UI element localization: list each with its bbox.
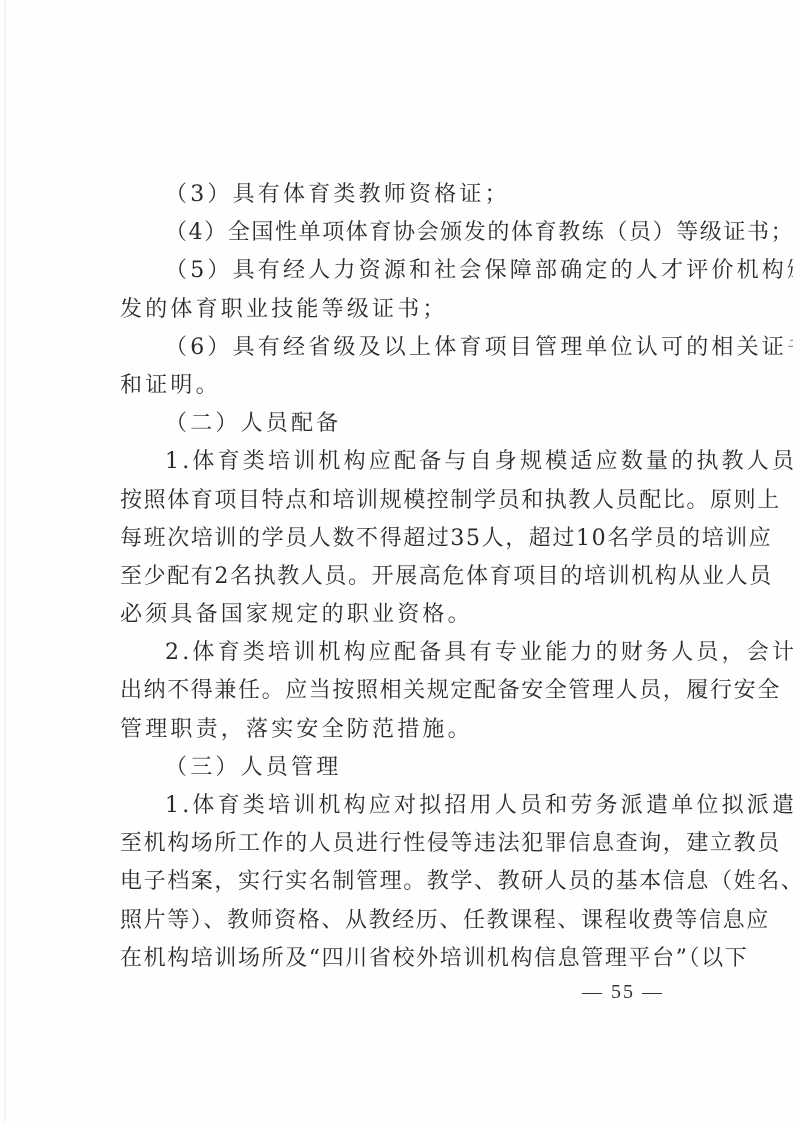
staffing-para-1-line-4: 至少配有2名执教人员。开展高危体育项目的培训机构从业人员 xyxy=(120,558,672,596)
staffing-para-1-line-5: 必须具备国家规定的职业资格。 xyxy=(120,596,672,634)
page-number: — 55 — xyxy=(582,981,664,1004)
management-para-1-line-1: 1.体育类培训机构应对拟招用人员和劳务派遣单位拟派遣 xyxy=(120,787,672,825)
section-heading-staffing: （二）人员配备 xyxy=(120,405,672,443)
staffing-para-1-line-1: 1.体育类培训机构应配备与自身规模适应数量的执教人员， xyxy=(120,443,672,481)
list-item-3: （3）具有体育类教师资格证； xyxy=(120,176,672,214)
management-para-1-line-4: 照片等）、教师资格、从教经历、任教课程、课程收费等信息应 xyxy=(120,902,672,940)
list-item-6-line-2: 和证明。 xyxy=(120,367,672,405)
section-heading-management: （三）人员管理 xyxy=(120,749,672,787)
list-item-6-line-1: （6）具有经省级及以上体育项目管理单位认可的相关证书 xyxy=(120,329,672,367)
list-item-5-line-2: 发的体育职业技能等级证书； xyxy=(120,291,672,329)
list-item-4: （4）全国性单项体育协会颁发的体育教练（员）等级证书； xyxy=(120,214,672,252)
staffing-para-1-line-3: 每班次培训的学员人数不得超过35人，超过10名学员的培训应 xyxy=(120,520,672,558)
management-para-1-line-5: 在机构培训场所及“四川省校外培训机构信息管理平台”（以下 xyxy=(120,940,672,978)
staffing-para-1-line-2: 按照体育项目特点和培训规模控制学员和执教人员配比。原则上 xyxy=(120,482,672,520)
management-para-1-line-2: 至机构场所工作的人员进行性侵等违法犯罪信息查询，建立教员 xyxy=(120,825,672,863)
staffing-para-2-line-1: 2.体育类培训机构应配备具有专业能力的财务人员，会计和 xyxy=(120,634,672,672)
staffing-para-2-line-2: 出纳不得兼任。应当按照相关规定配备安全管理人员，履行安全 xyxy=(120,672,672,710)
list-item-5-line-1: （5）具有经人力资源和社会保障部确定的人才评价机构颁 xyxy=(120,252,672,290)
staffing-para-2-line-3: 管理职责，落实安全防范措施。 xyxy=(120,711,672,749)
scan-edge-artifact xyxy=(4,0,6,1122)
management-para-1-line-3: 电子档案，实行实名制管理。教学、教研人员的基本信息（姓名、 xyxy=(120,863,672,901)
document-page: （3）具有体育类教师资格证； （4）全国性单项体育协会颁发的体育教练（员）等级证… xyxy=(120,176,672,978)
